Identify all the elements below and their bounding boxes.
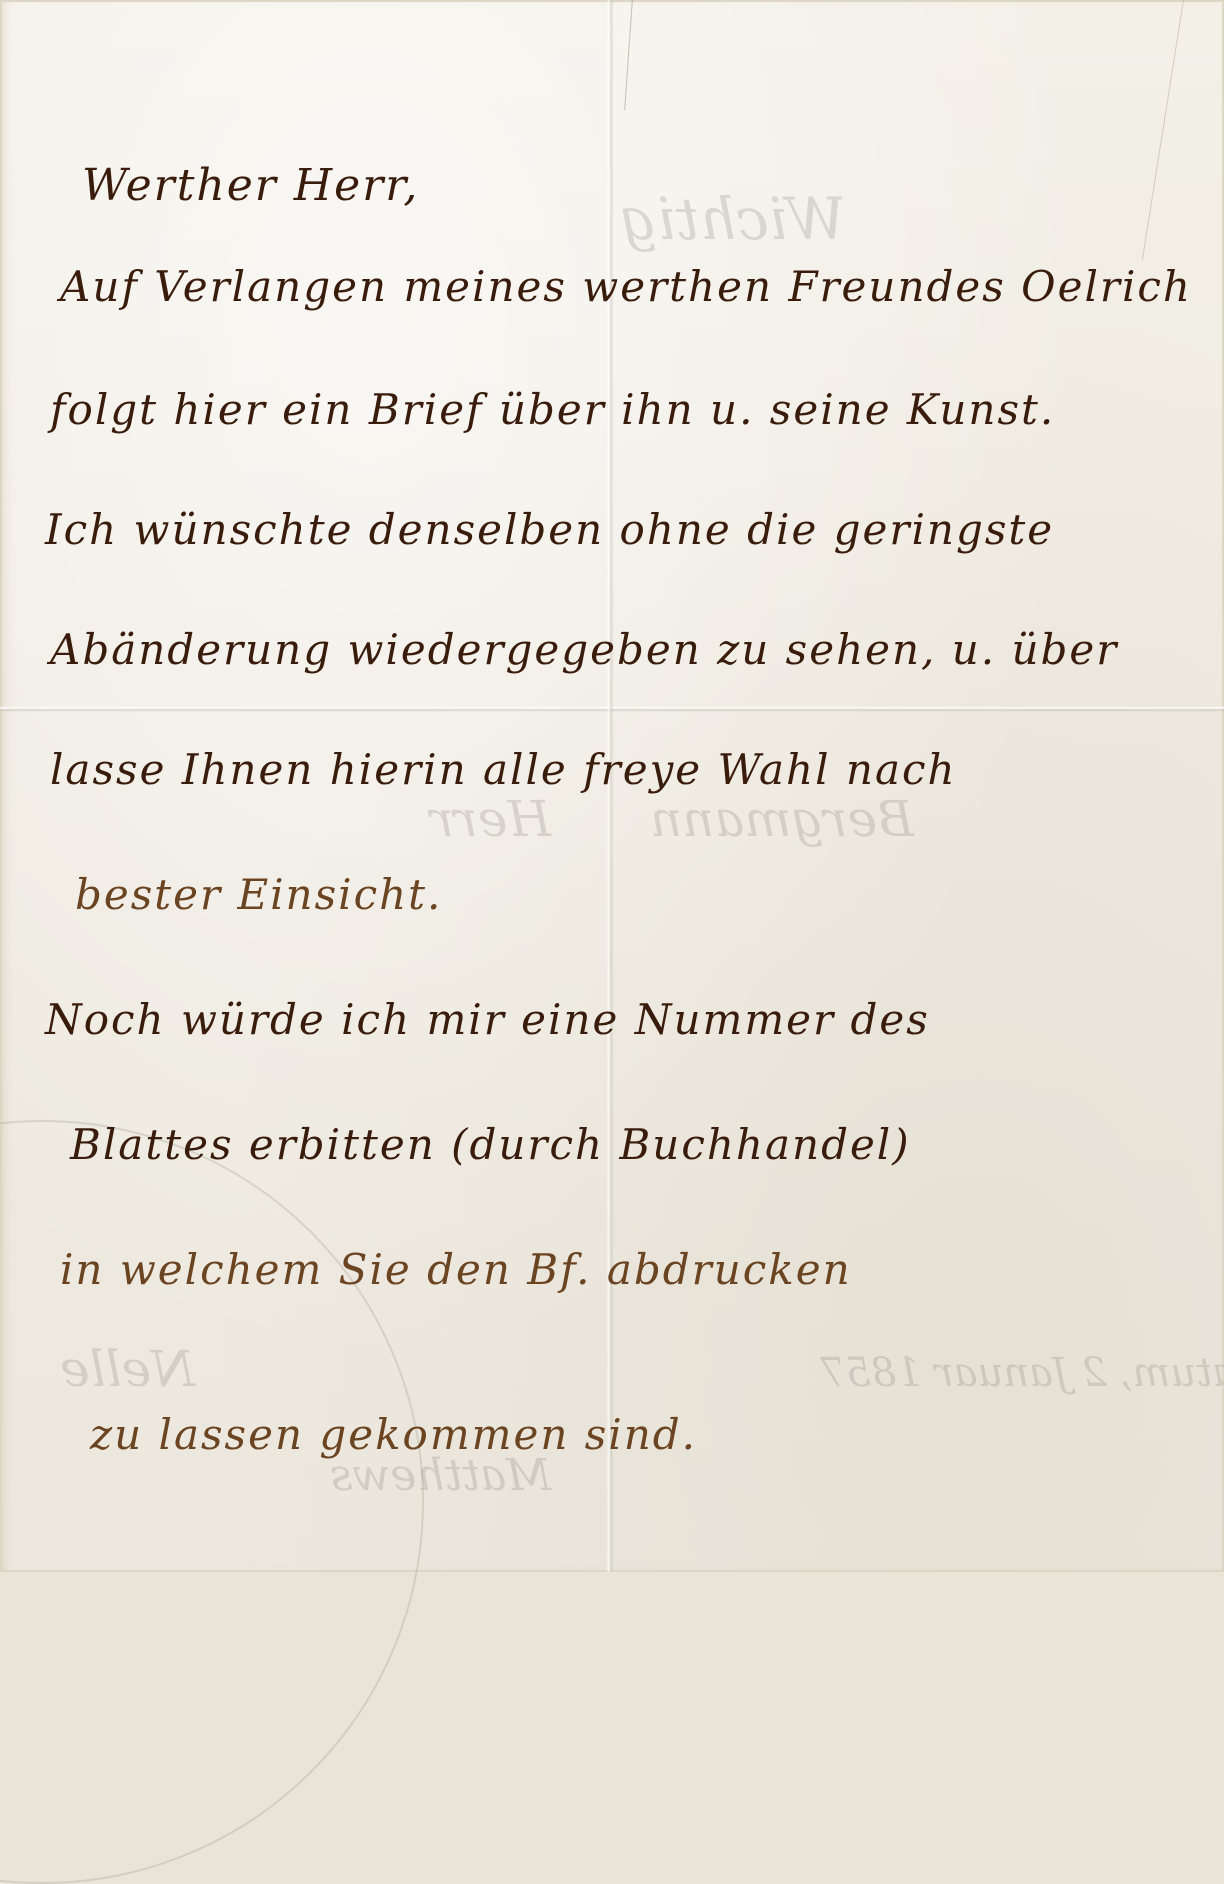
letter-line-3: Ich wünschte denselben ohne die geringst… — [45, 505, 1054, 554]
bleed-through-text: Bergmann — [650, 790, 914, 848]
bleed-through-text: Herr — [430, 790, 551, 848]
letter-line-8: Blattes erbitten (durch Buchhandel) — [70, 1120, 911, 1169]
paper-tear — [594, 0, 633, 110]
letter-line-2: folgt hier ein Brief über ihn u. seine K… — [50, 385, 1055, 434]
letter-line-5: lasse Ihnen hierin alle freye Wahl nach — [50, 745, 957, 794]
bleed-through-text: Datum, 2 Januar 1857 — [820, 1350, 1224, 1396]
letter-salutation: Werther Herr, — [82, 160, 419, 211]
bleed-through-text: Wichtig — [620, 185, 846, 253]
letter-line-10: zu lassen gekommen sind. — [90, 1410, 697, 1459]
bleed-through-text: Nelle — [60, 1340, 195, 1398]
letter-line-9: in welchem Sie den Bf. abdrucken — [60, 1245, 852, 1294]
letter-line-1: Auf Verlangen meines werthen Freundes Oe… — [60, 262, 1192, 311]
corner-crease — [1142, 0, 1224, 260]
letter-page: Wichtig Bergmann Herr Nelle Datum, 2 Jan… — [0, 0, 1224, 1572]
letter-line-4: Abänderung wiedergegeben zu sehen, u. üb… — [50, 625, 1118, 674]
letter-line-6: bester Einsicht. — [75, 870, 442, 919]
letter-line-7: Noch würde ich mir eine Nummer des — [45, 995, 930, 1044]
